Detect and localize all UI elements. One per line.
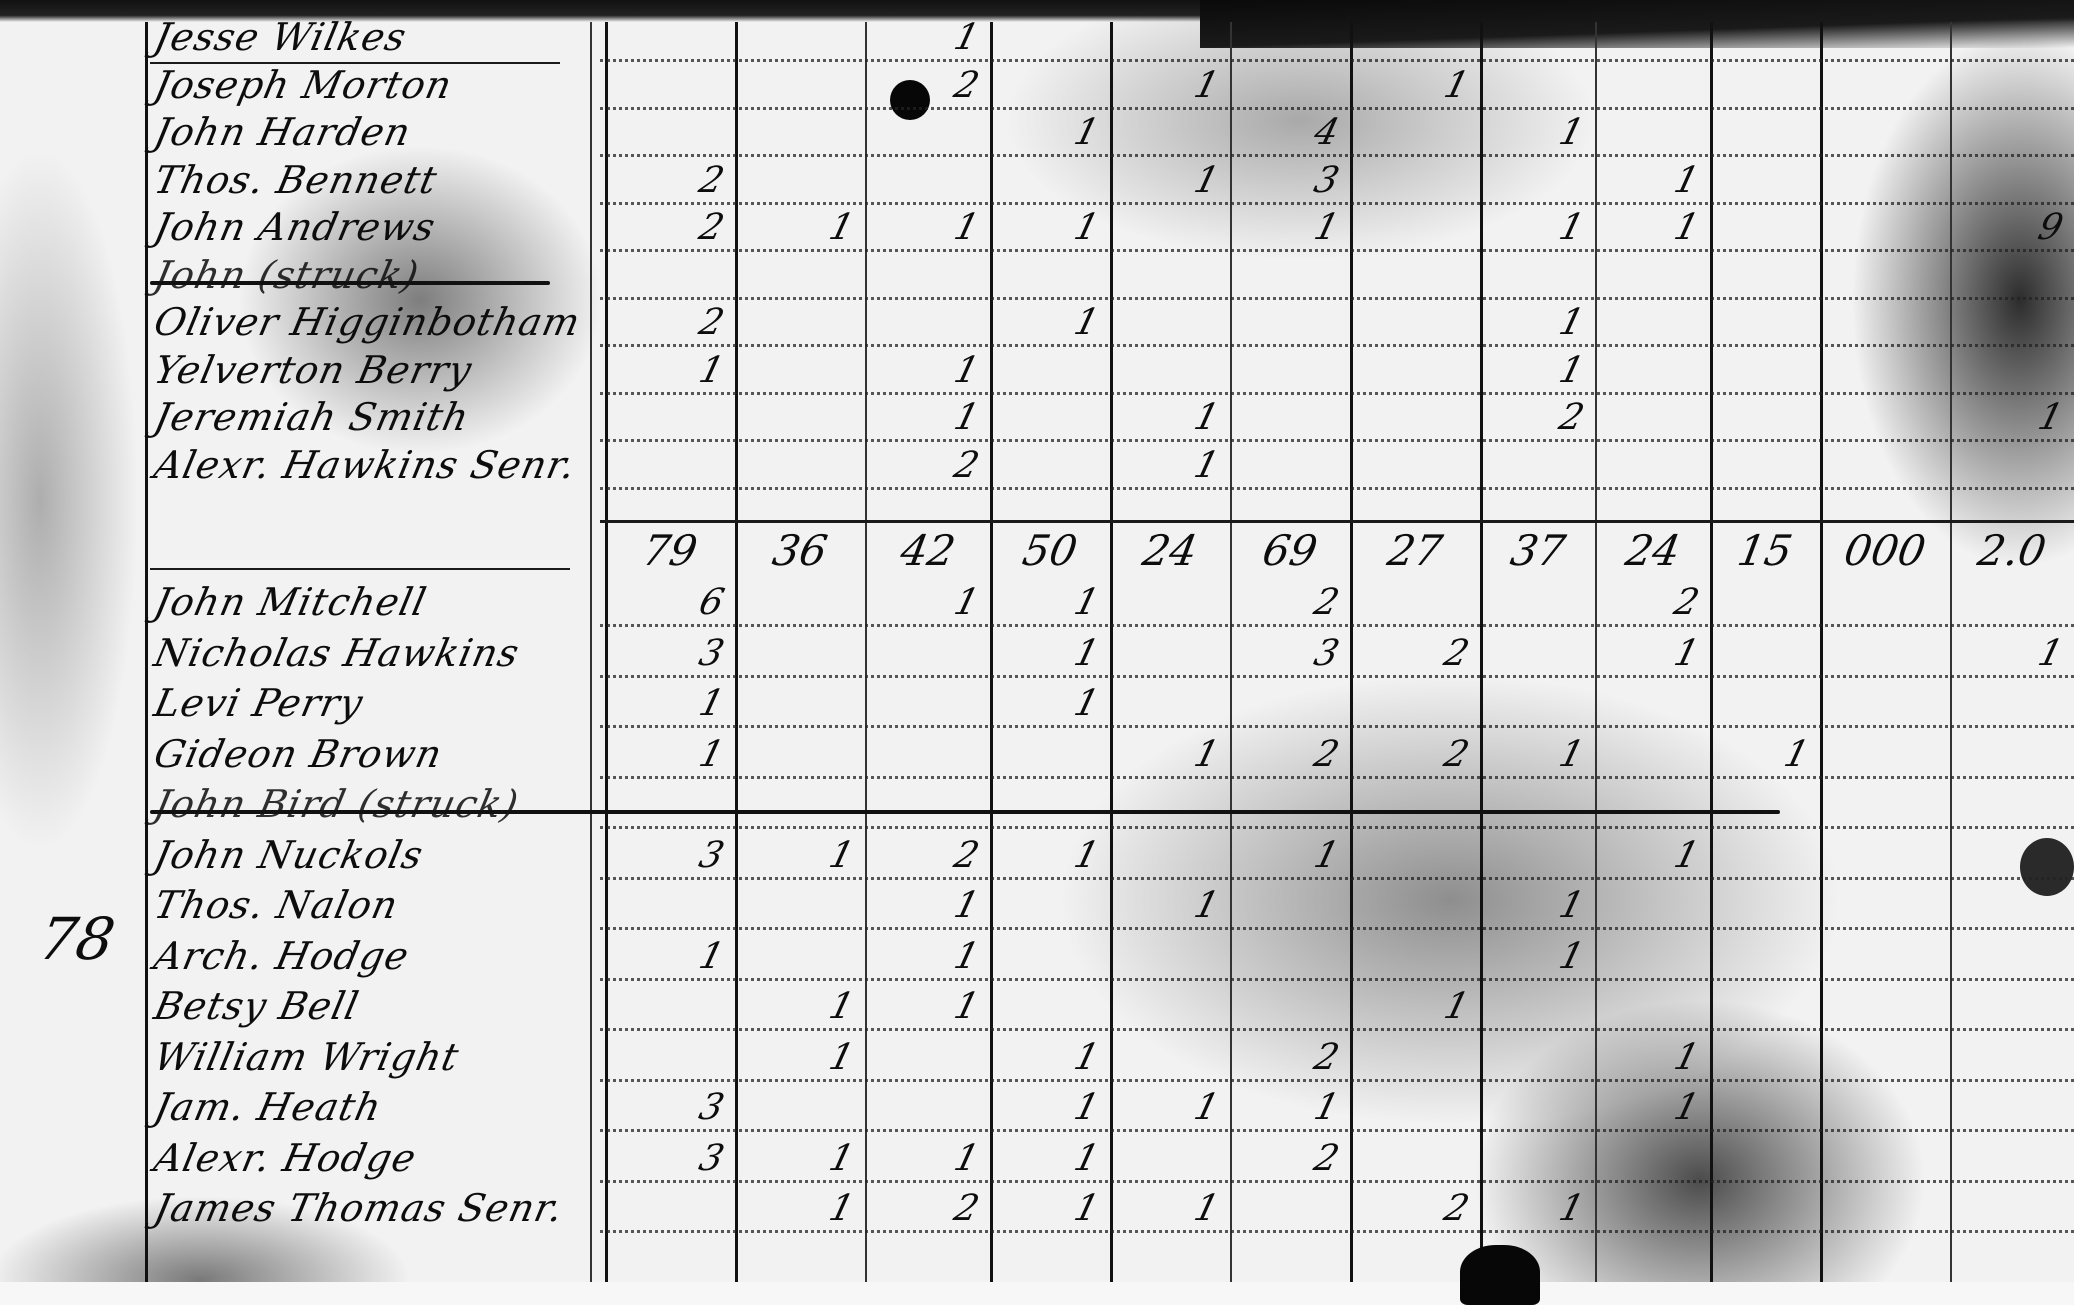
- scan-top-edge-shadow: [1200, 0, 2074, 48]
- row-dot-leader: [600, 927, 2074, 930]
- column-total: 36: [736, 526, 865, 575]
- row-dot-leader: [600, 344, 2074, 347]
- column-total: 69: [1226, 526, 1355, 575]
- tally-cell: 1: [1458, 734, 1588, 775]
- tally-cell: 2: [1573, 582, 1703, 623]
- ledger-entry-name: Joseph Morton: [150, 63, 456, 107]
- tally-cell: 1: [973, 1037, 1103, 1078]
- tally-cell: 1: [1093, 397, 1223, 438]
- tally-cell: 2: [1213, 582, 1343, 623]
- column-total: 15: [1701, 526, 1830, 575]
- tally-cell: 1: [853, 1138, 983, 1179]
- ledger-entry-name: John (struck): [150, 253, 423, 297]
- tally-cell: 1: [853, 17, 983, 58]
- tally-cell: 1: [1937, 633, 2067, 674]
- ledger-entry-name: Levi Perry: [150, 681, 367, 725]
- ledger-entry-name: Alexr. Hawkins Senr.: [150, 443, 580, 487]
- ink-blot-right: [2020, 838, 2074, 896]
- tally-cell: 1: [1093, 1188, 1223, 1229]
- tally-cell: 1: [853, 885, 983, 926]
- tally-cell: 1: [1093, 445, 1223, 486]
- row-dot-leader: [600, 1129, 2074, 1132]
- tally-cell: 1: [728, 1138, 858, 1179]
- tally-cell: 1: [973, 633, 1103, 674]
- tally-cell: 1: [853, 986, 983, 1027]
- tally-cell: 1: [1093, 885, 1223, 926]
- tally-cell: 1: [728, 1188, 858, 1229]
- ink-blot-bottom: [1460, 1245, 1540, 1305]
- column-rule: [1710, 22, 1713, 1282]
- tally-cell: 1: [1458, 1188, 1588, 1229]
- tally-cell: 1: [973, 582, 1103, 623]
- tally-cell: 1: [1093, 734, 1223, 775]
- tally-cell: 1: [1093, 65, 1223, 106]
- names-left-rule: [145, 22, 148, 1282]
- tally-cell: 1: [1458, 885, 1588, 926]
- totals-rule: [600, 520, 2074, 523]
- row-dot-leader: [600, 297, 2074, 300]
- tally-cell: 2: [1343, 633, 1473, 674]
- tally-cell: 1: [1213, 1087, 1343, 1128]
- tally-cell: 1: [1573, 633, 1703, 674]
- row-dot-leader: [600, 392, 2074, 395]
- row-dot-leader: [600, 487, 2074, 490]
- tally-cell: 2: [598, 302, 728, 343]
- row-dot-leader: [600, 826, 2074, 829]
- tally-cell: 1: [1093, 160, 1223, 201]
- row-dot-leader: [600, 624, 2074, 627]
- ledger-entry-name: Yelverton Berry: [150, 348, 476, 392]
- tally-cell: 1: [973, 1087, 1103, 1128]
- row-dot-leader: [600, 107, 2074, 110]
- tally-cell: 3: [598, 1138, 728, 1179]
- tally-cell: 1: [598, 683, 728, 724]
- tally-cell: 1: [1573, 160, 1703, 201]
- tally-cell: 2: [1213, 734, 1343, 775]
- tally-cell: 1: [598, 734, 728, 775]
- tally-cell: 2: [598, 160, 728, 201]
- names-right-rule: [590, 22, 592, 1282]
- tally-cell: 1: [853, 582, 983, 623]
- tally-cell: 2: [1343, 734, 1473, 775]
- column-total: 000: [1821, 526, 1950, 575]
- scan-bottom-margin: [0, 1282, 2074, 1305]
- row-dot-leader: [600, 59, 2074, 62]
- tally-cell: 1: [1213, 207, 1343, 248]
- ledger-entry-name: John Bird (struck): [150, 782, 523, 826]
- tally-cell: 1: [1458, 302, 1588, 343]
- tally-cell: 9: [1937, 207, 2067, 248]
- tally-cell: 1: [728, 986, 858, 1027]
- column-total: 24: [1588, 526, 1717, 575]
- ledger-entry-name: Gideon Brown: [150, 732, 446, 776]
- strikethrough-line: [150, 810, 1780, 814]
- tally-cell: 1: [853, 397, 983, 438]
- ledger-entry-name: Arch. Hodge: [150, 934, 413, 978]
- row-dot-leader: [600, 202, 2074, 205]
- tally-cell: 2: [1458, 397, 1588, 438]
- column-total: 37: [1473, 526, 1602, 575]
- ledger-entry-name: Betsy Bell: [150, 984, 363, 1028]
- tally-cell: 1: [1343, 986, 1473, 1027]
- row-dot-leader: [600, 776, 2074, 779]
- ledger-entry-name: Jeremiah Smith: [150, 395, 473, 439]
- tally-cell: 1: [853, 207, 983, 248]
- tally-cell: 1: [1573, 1087, 1703, 1128]
- tally-cell: 3: [598, 835, 728, 876]
- tally-cell: 1: [1683, 734, 1813, 775]
- ledger-entry-name: John Harden: [150, 110, 415, 154]
- tally-cell: 1: [1573, 835, 1703, 876]
- tally-cell: 1: [1343, 65, 1473, 106]
- tally-cell: 3: [1213, 633, 1343, 674]
- tally-cell: 1: [1573, 1037, 1703, 1078]
- tally-cell: 1: [973, 1188, 1103, 1229]
- column-total: 24: [1106, 526, 1235, 575]
- ledger-entry-name: Oliver Higginbotham: [150, 300, 584, 344]
- margin-page-number: 78: [34, 905, 120, 973]
- tally-cell: 2: [598, 207, 728, 248]
- tally-cell: 1: [853, 350, 983, 391]
- tally-cell: 1: [598, 936, 728, 977]
- column-total: 2.0: [1948, 526, 2074, 575]
- ledger-entry-name: Thos. Bennett: [150, 158, 441, 202]
- row-dot-leader: [600, 877, 2074, 880]
- tally-cell: 1: [1937, 397, 2067, 438]
- tally-cell: 1: [1458, 350, 1588, 391]
- tally-cell: 1: [973, 1138, 1103, 1179]
- tally-cell: 1: [1458, 207, 1588, 248]
- row-dot-leader: [600, 725, 2074, 728]
- tally-cell: 2: [1213, 1037, 1343, 1078]
- tally-cell: 2: [853, 445, 983, 486]
- row-dot-leader: [600, 1180, 2074, 1183]
- column-total: 42: [863, 526, 992, 575]
- tally-cell: 1: [1458, 112, 1588, 153]
- ledger-entry-name: John Nuckols: [150, 833, 427, 877]
- row-dot-leader: [600, 978, 2074, 981]
- tally-cell: 1: [973, 207, 1103, 248]
- tally-cell: 2: [853, 65, 983, 106]
- row-dot-leader: [600, 1028, 2074, 1031]
- tally-cell: 2: [1213, 1138, 1343, 1179]
- row-dot-leader: [600, 249, 2074, 252]
- tally-cell: 1: [1213, 835, 1343, 876]
- ledger-entry-name: William Wright: [150, 1035, 463, 1079]
- ledger-entry-name: James Thomas Senr.: [150, 1186, 567, 1230]
- tally-cell: 3: [598, 1087, 728, 1128]
- column-rule: [1820, 22, 1823, 1282]
- column-total: 27: [1351, 526, 1480, 575]
- ledger-entry-name: Jesse Wilkes: [150, 15, 410, 59]
- row-dot-leader: [600, 439, 2074, 442]
- tally-cell: 1: [1573, 207, 1703, 248]
- tally-cell: 1: [973, 683, 1103, 724]
- tally-cell: 1: [728, 835, 858, 876]
- ledger-entry-name: Alexr. Hodge: [150, 1136, 420, 1180]
- tally-cell: 1: [1093, 1087, 1223, 1128]
- tally-cell: 3: [598, 633, 728, 674]
- tally-cell: 1: [973, 302, 1103, 343]
- row-dot-leader: [600, 675, 2074, 678]
- ledger-entry-name: John Andrews: [150, 205, 439, 249]
- tally-cell: 1: [853, 936, 983, 977]
- ledger-entry-name: Thos. Nalon: [150, 883, 402, 927]
- tally-cell: 1: [728, 207, 858, 248]
- column-total: 79: [606, 526, 735, 575]
- tally-cell: 2: [853, 835, 983, 876]
- tally-cell: 2: [1343, 1188, 1473, 1229]
- tally-cell: 1: [728, 1037, 858, 1078]
- ledger-entry-name: Nicholas Hawkins: [150, 631, 523, 675]
- row-dot-leader: [600, 1230, 2074, 1233]
- tally-cell: 3: [1213, 160, 1343, 201]
- ledger-entry-name: John Mitchell: [150, 580, 430, 624]
- row-dot-leader: [600, 1079, 2074, 1082]
- ledger-entry-name: Jam. Heath: [150, 1085, 385, 1129]
- tally-cell: 1: [973, 112, 1103, 153]
- tally-cell: 1: [1458, 936, 1588, 977]
- ledger-page-scan: 78 Jesse Wilkes1Joseph Morton211John Har…: [0, 0, 2074, 1305]
- tally-cell: 2: [853, 1188, 983, 1229]
- tally-cell: 1: [598, 350, 728, 391]
- tally-cell: 4: [1213, 112, 1343, 153]
- row-dot-leader: [600, 154, 2074, 157]
- column-total: 50: [986, 526, 1115, 575]
- name-underline-lower: [150, 568, 570, 570]
- tally-cell: 6: [598, 582, 728, 623]
- tally-cell: 1: [973, 835, 1103, 876]
- strikethrough-line: [150, 281, 550, 285]
